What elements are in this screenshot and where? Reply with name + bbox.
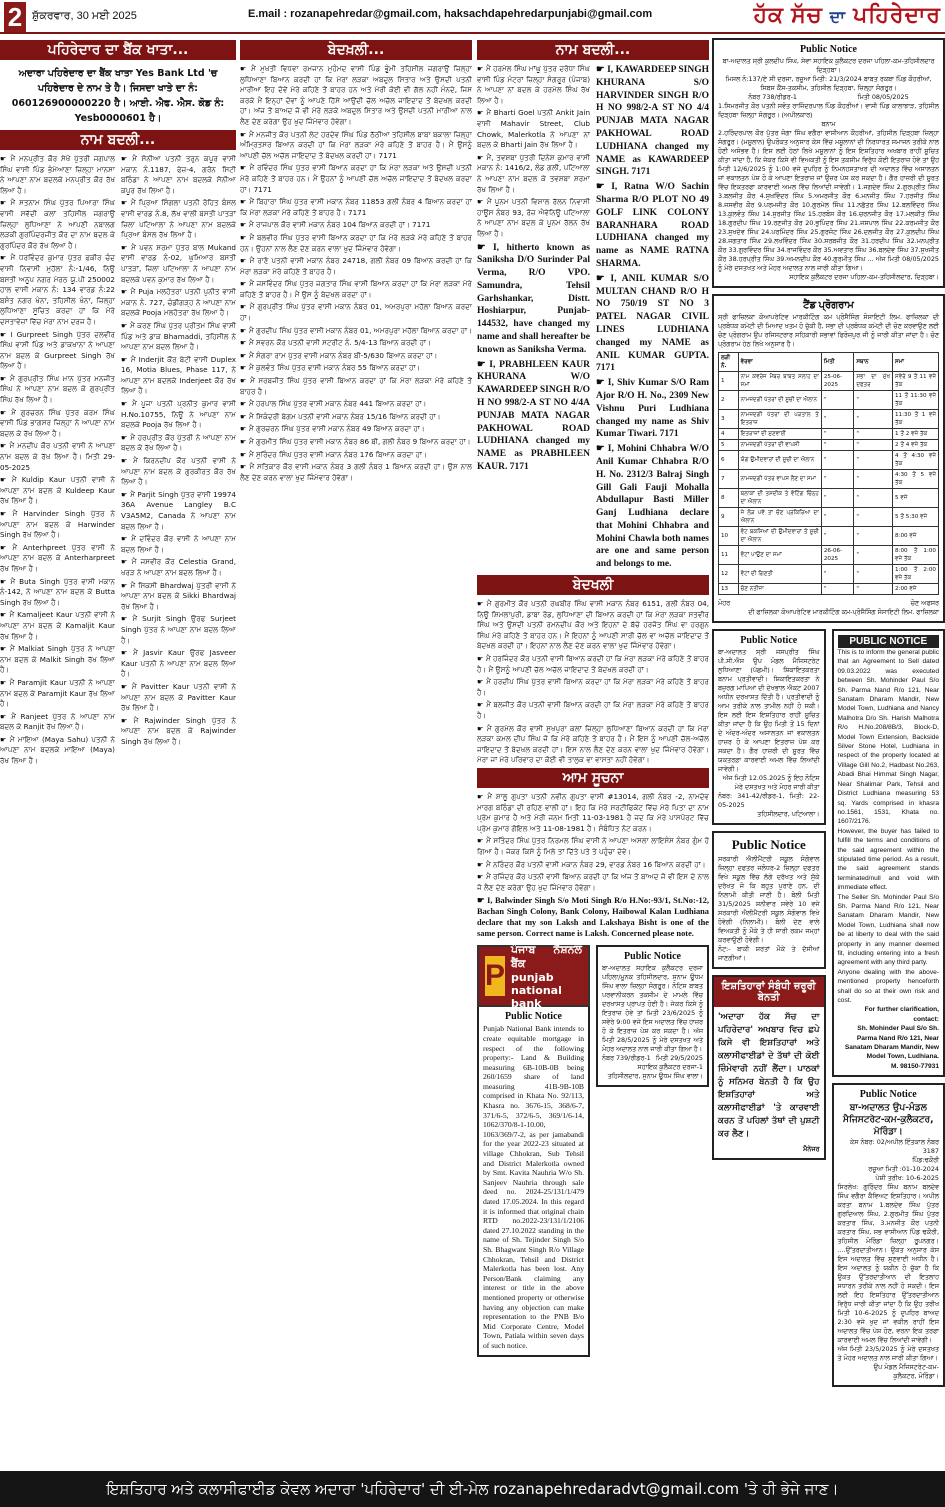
notice-ref-row: ਨੰਬਰ 738/ਰੀਡਰ-1 ਮਿਤੀ 08/05/2025 [718, 93, 939, 102]
list-item: ਮੈਂ ਕਰਣ ਸਿੰਘ ਪੁੱਤਰ ਪ੍ਰੀਤਮ ਸਿੰਘ ਵਾਸੀ ਪਿੰਡ… [121, 321, 236, 353]
advertisement-disclaimer: ਇਸ਼ਤਿਹਾਰਾਂ ਸੰਬੰਧੀ ਜ਼ਰੂਰੀ ਬੇਨਤੀ 'ਅਦਾਰਾ ਹੱ… [712, 975, 826, 1160]
list-item: ਮੈਂ ਹਰਜਿੰਦਰ ਕੌਰ ਪਤਨੀ ਵਾਸੀ ਬਿਆਨ ਕਰਦੀ ਹਾਂ … [477, 654, 709, 675]
notice-court: ਬਾ-ਅਦਾਲਤ ਸ੍ਰੀ ਕੁਲਦੀਪ ਸਿੰਘ, ਸੇਵਾ ਸਹਾਇਕ ਕੁ… [718, 57, 939, 75]
list-item: ਮੈਂ ਨਰਿੰਦਰ ਕੌਰ ਪਤਨੀ ਵਾਸੀ ਮਕਾਨ ਨੰਬਰ 29, ਵ… [477, 860, 709, 871]
table-row: 10ਵੋਟ ਬਕਸਿਆਂ ਦੀ ਉਮੀਦਵਾਰਾਂ ਤੋਂ ਸੂਚੀ ਦਾ ਐਲ… [719, 527, 939, 546]
list-item: ਮੈਂ ਬਿਹਾਰਾ ਸਿੰਘ ਪੁੱਤਰ ਵਾਸੀ ਮਕਾਨ ਨੰਬਰ 118… [240, 197, 472, 218]
pnb-notice: P ਪੰਜਾਬ ਨੈਸ਼ਨਲ ਬੈਂਕ punjab national bank… [477, 945, 590, 1362]
list-item: ਮੈਂ ਸੁਰਿੰਦਰ ਸਿੰਘ ਪੁੱਤਰ ਵਾਸੀ ਮਕਾਨ ਨੰਬਰ 17… [240, 450, 472, 461]
notice-note: ਨੋਟ:- ਬਾਕੀ ਸ਼ਰਤਾਂ ਮੌਕੇ ਤੇ ਦੱਸੀਆਂ ਜਾਣਗੀਆਂ… [718, 945, 820, 963]
pnb-banner: P ਪੰਜਾਬ ਨੈਸ਼ਨਲ ਬੈਂਕ punjab national bank [477, 945, 590, 1007]
list-item: ਮੈਂ ਸ਼ਾਲੂ ਗੁਪਤਾ ਪਤਨੀ ਨਵੀਨ ਗੁਪਤਾ ਵਾਸੀ #13… [477, 792, 709, 834]
logo-text-end: ਪਹਿਰੇਦਾਰ [853, 2, 941, 27]
list-item: ਮੈਂ ਹਰਪਾਲ ਸਿੰਘ ਪੁੱਤਰ ਵਾਸੀ ਮਕਾਨ ਨੰਬਰ 441 … [240, 399, 472, 410]
list-item: ਮੈਂ ਮੁਖਤੀ ਵਿਧਵਾ ਰਮਜਾਨ ਮੁਹੰਮਦ ਵਾਸੀ ਪਿੰਡ ਭ… [240, 64, 472, 128]
list-item: I, Mohini Chhabra W/O Anil Kumar Chhabra… [596, 443, 709, 571]
list-item: ਮੈਂ ਜਸਵਿੰਦਰ ਸਿੰਘ ਪੁੱਤਰ ਜਗਤਾਰ ਸਿੰਘ ਵਾਸੀ ਬ… [240, 279, 472, 300]
list-item: ਮੈਂ ਦਵਿੰਦਰ ਕੌਰ ਵਾਸੀ ਨੇ ਆਪਣਾ ਨਾਮ ਬਦਲ ਲਿਆ … [121, 534, 236, 555]
notice-date: ਮਿਤੀ 08/05/2025 [858, 93, 909, 102]
list-item: I, Balwinder Singh S/o Moti Singh R/o H.… [477, 895, 709, 939]
notice-text: ਸਿਰਲੇਖ: ਗੁਰਿੰਦਰ ਸਿੰਘ ਬਨਾਮ ਬਲਦੇਵ ਸਿੰਘ ਵਗੈ… [838, 1183, 940, 1345]
table-row: 2ਨਾਮਜ਼ਦਗੀ ਪੱਤਰਾਂ ਦੀ ਸੂਚੀ ਦਾ ਐਲਾਨ""11 ਤੋਂ… [719, 391, 939, 410]
notice-text: This is to inform the general public tha… [838, 648, 940, 827]
list-item: I, hitherto known as Saniksha D/O Surind… [477, 242, 590, 357]
auction-notice: Public Notice ਸਰਕਾਰੀ ਐਲੀਮੈਂਟਰੀ ਸਕੂਲ ਸੰਗੋ… [712, 831, 826, 969]
tehsildar-notice: Public Notice ਬਾ-ਅਦਾਲਤ ਸਹਾਇਕ ਕੁਲੈਕਟਰ ਦਰਜ… [596, 945, 709, 1362]
list-item: ਮੈਂ Inderjit ਕੌਰ ਬੇਟੀ ਵਾਸੀ Duplex 16, Mo… [121, 355, 236, 397]
notice-title: Public Notice [718, 837, 820, 853]
court-notice-dirba: Public Notice ਬਾ-ਅਦਾਲਤ ਸ੍ਰੀ ਕੁਲਦੀਪ ਸਿੰਘ,… [712, 38, 945, 288]
list-item: ਮੈਂ ਧਰਵਿੰਦਰ ਕੁਮਾਰ ਪੁੱਤਰ ਫਕੀਰ ਚੰਦ ਵਾਸੀ ਨਿ… [0, 253, 115, 327]
list-item: ਮੈਂ ਕੁਲਵੰਤ ਸਿੰਘ ਪੁੱਤਰ ਵਾਸੀ ਮਕਾਨ ਨੰਬਰ 55 … [240, 363, 472, 374]
schedule-footer: ਦੀ ਫਾਜ਼ਿਲਕਾ ਕੋਆਪਰੇਟਿਵ ਮਾਰਕੀਟਿੰਗ ਕਮ-ਪ੍ਰੋਸ… [718, 608, 939, 617]
notice-case: ਕੇਸ ਨੰਬਰ: 02/ਅਪੀਲ ਇੰਤਕਾਲ ਨੰਬਰ 3187 [838, 1138, 940, 1156]
list-item: ਮੈਂ Paramjit Kaur ਪਤਨੀ ਨੇ ਆਪਣਾ ਨਾਮ ਬਦਲ ਕ… [0, 678, 115, 710]
col4-lower: Public Notice ਬਾ-ਅਦਾਲਤ ਸ੍ਰੀ ਜਸਪ੍ਰੀਤ ਸਿੰਘ… [712, 629, 945, 1393]
list-item: ਮੈਂ ਹਰਪ੍ਰੀਤ ਕੌਰ ਪੁੱਤਰੀ ਨੇ ਆਪਣਾ ਨਾਮ ਬਦਲ ਕ… [121, 433, 236, 454]
eviction-heading-2: ਬੇਦਖਲੀ [477, 575, 709, 595]
notice-title: PUBLIC NOTICE [838, 635, 940, 648]
list-item: ਮੈਂ ਕਿਰਨਦੀਪ ਕੌਰ ਪਤਨੀ ਵਾਸੀ ਨੇ ਆਪਣਾ ਨਾਮ ਬਦ… [121, 456, 236, 488]
logo-text-da: ਦਾ [830, 9, 846, 26]
name-change-heading-2: ਨਾਮ ਬਦਲੀ... [477, 40, 709, 60]
disclaimer-heading: ਇਸ਼ਤਿਹਾਰਾਂ ਸੰਬੰਧੀ ਜ਼ਰੂਰੀ ਬੇਨਤੀ [714, 977, 824, 1007]
list-item: ਮੈਂ Bharti Goel ਪਤਨੀ Ankit Jain ਵਾਸੀ Mah… [477, 108, 590, 150]
list-item: ਮੈਂ ਮਨਦੀਪ ਕੌਰ ਪਤਨੀ ਵਾਸੀ ਨੇ ਆਪਣਾ ਨਾਮ ਬਦਲ … [0, 441, 115, 473]
list-item: ਮੈਂ ਗੁਰਚਰਨ ਸਿੰਘ ਪੁੱਤਰ ਕਰਮ ਸਿੰਘ ਵਾਸੀ ਪਿੰਡ… [0, 408, 115, 440]
name-change-right-2: I, KAWARDEEP SINGH KHURANA S/O HARVINDER… [596, 64, 709, 573]
name-change-left: ਮੈਂ ਮਨਪ੍ਰੀਤ ਕੌਰ ਸੇਖੋਂ ਪੁੱਤਰੀ ਜਗਪਾਲ ਸਿੰਘ … [0, 154, 115, 769]
list-item: ਮੈਂ ਗੁਰਮੀਤ ਸਿੰਘ ਪੁੱਤਰ ਵਾਸੀ ਮਕਾਨ ਨੰਬਰ 86 … [240, 437, 472, 448]
notice-text: ਸਰਕਾਰੀ ਐਲੀਮੈਂਟਰੀ ਸਕੂਲ ਸੰਗੋਵਾਲ ਜ਼ਿਲ੍ਹਾ ਦਫ… [718, 855, 820, 945]
list-item: ਮੈਂ Harvinder Singh ਪੁੱਤਰ ਨੇ ਆਪਣਾ ਨਾਮ ਬਦ… [0, 509, 115, 541]
list-item: ਮੈਂ ਗੁਰਪ੍ਰੀਤ ਸਿੰਘ ਮਾਨ ਪੁੱਤਰ ਮਨਜੀਤ ਸਿੰਘ ਨ… [0, 374, 115, 406]
notice-signature: ਉਪ ਮੰਡਲ ਮੈਜਿਸਟਰੇਟ-ਕਮ- [838, 1363, 940, 1372]
bank-account-text: ਅਦਾਰਾ ਪਹਿਰੇਦਾਰ ਦਾ ਬੈਂਕ ਖਾਤਾ Yes Bank Ltd… [0, 64, 236, 128]
schedule-table: ਲੜੀ ਨੰ. ਵੇਰਵਾ ਮਿਤੀ ਸਥਾਨ ਸਮਾਂ 1ਨਾਮ ਕਵਰੇਜ … [718, 352, 939, 595]
list-item: ਮੈਂ ਰਜਿੰਦਰ ਕੌਰ ਪਤਨੀ ਵਾਸੀ ਬਿਆਨ ਕਰਦੀ ਹਾਂ ਕ… [477, 872, 709, 893]
court-notice-morinda: Public Notice ਬਾ-ਅਦਾਲਤ ਉਪ-ਮੰਡਲ ਮੈਜਿਸਟਰੇਟ… [832, 1083, 945, 1387]
table-row: 5ਨਾਮਜ਼ਦਗੀ ਪੱਤਰਾਂ ਦੀ ਵਾਪਸੀ""2 ਤੋਂ 4 ਵਜੇ ਤ… [719, 440, 939, 451]
list-item: ਮੈਂ ਰਵਿੰਦਰ ਸਿੰਘ ਪੁੱਤਰ ਵਾਸੀ ਬਿਆਨ ਕਰਦਾ ਹਾਂ… [240, 163, 472, 195]
table-row: 9ਜੇ ਲੋੜ ਪਵੇ ਤਾਂ ਚੋਣ ਪ੍ਰਕਿਰਿਆ ਦਾ ਐਲਾਨ""5 … [719, 508, 939, 527]
notice-court: ਬਾ-ਅਦਾਲਤ ਉਪ-ਮੰਡਲ ਮੈਜਿਸਟਰੇਟ-ਕਮ-ਕੁਲੈਕਟਰ, ਮ… [838, 1102, 940, 1138]
list-item: ਮੈਂ ਸਤਿੰਦਰ ਸਿੰਘ ਪੁੱਤਰ ਨਿਰਮਲ ਸਿੰਘ ਵਾਸੀ ਨੇ… [477, 836, 709, 857]
schedule-title: ਟੈਂਡ ਪ੍ਰੋਗਰਾਮ [718, 300, 939, 311]
list-item: ਮੈਂ ਸਿਕੰਦਰੀ ਬੇਗਮ ਪਤਨੀ ਵਾਸੀ ਮਕਾਨ ਨੰਬਰ 15/… [240, 412, 472, 423]
court-notice-patiala: Public Notice ਬਾ-ਅਦਾਲਤ ਸ੍ਰੀ ਜਸਪ੍ਰੀਤ ਸਿੰਘ… [712, 629, 826, 825]
list-item: I Gurpreet Singh ਪੁੱਤਰ ਦਲਵੀਰ ਸਿੰਘ ਵਾਸੀ ਪ… [0, 330, 115, 372]
list-item: ਮੈਂ Kuldip Kaur ਪਤਨੀ ਵਾਸੀ ਨੇ ਆਪਣਾ ਨਾਮ ਬਦ… [0, 475, 115, 507]
contact-address: Sh. Mohinder Paul S/o Sh. Parma Nand R/o… [838, 1024, 940, 1062]
notice-title: Public Notice [718, 44, 939, 55]
list-item: ਮੈਂ ਹਰਦੀਪ ਸਿੰਘ ਪੁੱਤਰ ਵਾਸੀ ਬਿਆਨ ਕਰਦਾ ਹਾਂ … [477, 677, 709, 698]
name-change-left-2: ਮੈਂ ਹਰਮੇਲ ਸਿੰਘ ਮਾਂਘੂ ਪੁੱਤਰ ਦਰੋਧਾ ਸਿੰਘ ਵਾ… [477, 64, 590, 573]
list-item: ਮੈਂ ਸੋਨੀਆ ਪਤਨੀ ਤਰੁਨ ਕਪੂਰ ਵਾਸੀ ਮਕਾਨ ਨੰ.11… [121, 154, 236, 196]
tehsildar-notice-box: Public Notice ਬਾ-ਅਦਾਲਤ ਸਹਾਇਕ ਕੁਲੈਕਟਰ ਦਰਜ… [596, 945, 709, 1087]
name-change-columns: ਮੈਂ ਮਨਪ੍ਰੀਤ ਕੌਰ ਸੇਖੋਂ ਪੁੱਤਰੀ ਜਗਪਾਲ ਸਿੰਘ … [0, 154, 236, 769]
notice-date: ਰਜੂਆ ਮਿਤੀ :01-10-2024 [838, 1165, 940, 1174]
list-item: ਮੈਂ Anterhpreet ਪੁੱਤਰ ਵਾਸੀ ਨੇ ਆਪਣਾ ਨਾਮ ਬ… [0, 543, 115, 575]
list-item: ਮੈਂ Malkiat Singh ਪੁੱਤਰ ਨੇ ਆਪਣਾ ਨਾਮ ਬਦਲ … [0, 644, 115, 676]
col4-lower-left: Public Notice ਬਾ-ਅਦਾਲਤ ਸ੍ਰੀ ਜਸਪ੍ਰੀਤ ਸਿੰਘ… [712, 629, 826, 1393]
list-item: ਮੈਂ ਗੁਰਚਰਨ ਸਿੰਘ ਪੁੱਤਰ ਵਾਸੀ ਮਕਾਨ ਨੰਬਰ 49 … [240, 424, 472, 435]
list-item: ਮੈਂ ਮਨਪ੍ਰੀਤ ਕੌਰ ਸੇਖੋਂ ਪੁੱਤਰੀ ਜਗਪਾਲ ਸਿੰਘ … [0, 154, 115, 196]
list-item: ਮੈਂ ਸਿਕਸੀ Bhardwaj ਪੁੱਤਰੀ ਵਾਸੀ ਨੇ ਆਪਣਾ ਨ… [121, 581, 236, 613]
notice-title: Public Notice [718, 635, 820, 646]
list-item: ਮੈਂ Pavitter Kaur ਪਤਨੀ ਵਾਸੀ ਨੇ ਆਪਣਾ ਨਾਮ … [121, 682, 236, 714]
notice-signature: ਤਹਿਸੀਲਦਾਰ, ਪਟਿਆਲਾ। [718, 810, 820, 819]
notice-party: 1.ਸਿਮਰਜੀਤ ਕੌਰ ਪਤਨੀ ਸਵੰਤ ਰਾਜਿੰਦਰਪਾਲ ਪਿੰਡ … [718, 102, 939, 120]
notice-signature: ਸਹਾਇਕ ਕੁਲੈਕਟਰ ਦਰਜਾ-1 [602, 1063, 703, 1072]
list-item: ਮੈਂ Jasvir Kaur ਉਰਫ Jasveer Kaur ਪਤਨੀ ਨੇ… [121, 648, 236, 680]
table-row: 7ਨਾਮਜ਼ਦਗੀ ਪੱਤਰ ਵਾਪਸ ਲੈਣ ਦਾ ਸਮਾਂ""4:30 ਤੋ… [719, 470, 939, 489]
column-3: ਨਾਮ ਬਦਲੀ... ਮੈਂ ਹਰਮੇਲ ਸਿੰਘ ਮਾਂਘੂ ਪੁੱਤਰ ਦ… [477, 38, 709, 1456]
list-item: ਮੈਂ ਪਵਨ ਸ਼ਰਮਾ ਪੁੱਤਰ ਬਾਲ Mukand ਵਾਸੀ ਵਾਰਡ… [121, 243, 236, 285]
eviction-heading: ਬੇਦਖ਼ਲੀ... [240, 40, 472, 60]
notice-text: However, the buyer has failed to fulfill… [838, 827, 940, 893]
list-item: I, KAWARDEEP SINGH KHURANA S/O HARVINDER… [596, 64, 709, 179]
list-item: ਮੈਂ ਬਲਵੀਰ ਸਿੰਘ ਪੁੱਤਰ ਵਾਸੀ ਬਿਆਨ ਕਰਦਾ ਹਾਂ … [240, 233, 472, 254]
list-item: ਮੈਂ ਗੁਰਦੀਪ ਸਿੰਘ ਪੁੱਤਰ ਵਾਸੀ ਮਕਾਨ ਨੰਬਰ 01,… [240, 326, 472, 337]
notice-text: Anyone dealing with the above-mentioned … [838, 968, 940, 1006]
notice-signature: ਸਹਾਇਕ ਕੁਲੈਕਟਰ ਦਰਜਾ ਪਹਿਲਾ-ਕਮ-ਤਹਿਸੀਲਦਾਰ, ਦ… [718, 273, 939, 282]
pnb-notice-title: Public Notice [483, 1011, 584, 1022]
bottom-notices: P ਪੰਜਾਬ ਨੈਸ਼ਨਲ ਬੈਂਕ punjab national bank… [477, 945, 709, 1362]
contact-label: For further clarification, contact: [838, 1005, 940, 1024]
list-item: ਮੈਂ ਸਰਬਜੀਤ ਸਿੰਘ ਪੁੱਤਰ ਵਾਸੀ ਬਿਆਨ ਕਰਦਾ ਹਾਂ… [240, 376, 472, 397]
notice-date: ਮਿਤੀ 29/5/2025 [656, 1054, 703, 1063]
bank-account-heading: ਪਹਿਰੇਦਾਰ ਦਾ ਬੈਂਕ ਖਾਤਾ... [0, 40, 236, 60]
notice-title: Public Notice [602, 951, 703, 962]
agreement-termination-notice: PUBLIC NOTICE This is to inform the gene… [832, 629, 945, 1077]
list-item: ਮੈਂ ਰਾਣੋ ਪਤਨੀ ਵਾਸੀ ਮਕਾਨ ਨੰਬਰ 24718, ਗਲੀ … [240, 256, 472, 277]
notice-text: 2.ਹਰਿੰਦਰਪਾਲ ਕੌਰ ਪੁੱਤਰ ਜੋਗਾ ਸਿੰਘ ਵਗੈਰਾ ਵਾ… [718, 129, 939, 273]
name-change-columns-2: ਮੈਂ ਹਰਮੇਲ ਸਿੰਘ ਮਾਂਘੂ ਪੁੱਤਰ ਦਰੋਧਾ ਸਿੰਘ ਵਾ… [477, 64, 709, 573]
list-item: ਮੈਂ ਪ੍ਰਿਆ ਸਿੰਗਲਾ ਪਤਨੀ ਰੋਹਿਤ ਬੰਸਲ ਵਾਸੀ ਵਾ… [121, 198, 236, 240]
list-item: ਮੈਂ ਮਨਜੀਤ ਕੌਰ ਪਤਨੀ ਲੇਟ ਹਰਦੇਵ ਸਿੰਘ ਪਿੰਡ ਠ… [240, 130, 472, 162]
list-item: ਮੈਂ ਗੁਰਪ੍ਰੀਤ ਸਿੰਘ ਪੁੱਤਰ ਵਾਸੀ ਮਕਾਨ ਨੰਬਰ 0… [240, 302, 472, 323]
notice-issued: ਅੱਜ ਮਿਤੀ 23/5/2025 ਨੂੰ ਮੇਰੇ ਦਸਤਖਤ ਤੇ ਮੋਹ… [838, 1345, 940, 1363]
newspaper-logo: ਹੱਕ ਸੱਚ ਦਾ ਪਹਿਰੇਦਾਰ [754, 2, 941, 28]
election-schedule: ਟੈਂਡ ਪ੍ਰੋਗਰਾਮ ਸ੍ਰੀ ਫਾਜ਼ਿਲਕਾ ਕੋਆਪਰੇਟਿਵ ਮਾ… [712, 294, 945, 623]
notice-village: ਪਿੰਡ:ਢਕੌਰੀ [838, 1156, 940, 1165]
notice-ref: ਨੰਬਰ 738/ਰੀਡਰ-1 [748, 93, 797, 102]
contact-phone: M. 98150-77931 [838, 1062, 940, 1071]
pnb-name: ਪੰਜਾਬ ਨੈਸ਼ਨਲ ਬੈਂਕ punjab national bank [511, 943, 582, 1010]
list-item: ਮੈਂ ਪੂਨਮ ਪਤਨੀ ਵਿਸ਼ਾਲ ਰੱਲਨ ਨਿਵਾਸੀ ਹਾਊਸ ਨੰ… [477, 197, 590, 239]
list-item: ਮੈਂ Surjit Singh ਉਰਫ Surjeet Singh ਪੁੱਤਰ… [121, 614, 236, 646]
disclaimer-signature: ਮੈਨੇਜਰ [714, 1145, 824, 1158]
list-item: I, PRABHLEEN KAUR KHURANA W/O KAWARDEEP … [477, 359, 590, 474]
list-item: ਮੈਂ Buta Singh ਪੁੱਤਰ ਵਾਸੀ ਮਕਾਨ ਨੰ-142, ਨ… [0, 577, 115, 609]
notice-title: Public Notice [838, 1089, 940, 1100]
table-row: 13ਚੋਣ ਨਤੀਜਾ""2:00 ਵਜੇ [719, 584, 939, 595]
notice-text: ਬਾ-ਅਦਾਲਤ ਸਹਾਇਕ ਕੁਲੈਕਟਰ ਦਰਜਾ ਪਹਿਲਾ/ਮੂਨਕ ਤ… [602, 964, 703, 1054]
notice-ref: ਨੰਬਰ: 341-42/ਰੀਡਰ-1, ਮਿਤੀ: 22-05-2025 [718, 792, 820, 810]
notice-signature: ਕੁਲੈਕਟਰ, ਮੋਰਿੰਡਾ। [838, 1372, 940, 1381]
issue-date: ਸ਼ੁੱਕਰਵਾਰ, 30 ਮਈ 2025 [32, 10, 137, 23]
pnb-name-pa: ਪੰਜਾਬ ਨੈਸ਼ਨਲ ਬੈਂਕ [511, 943, 582, 971]
table-row: 12ਵੋਟਾਂ ਦੀ ਗਿਣਤੀ""1:00 ਤੋਂ 2:00 ਵਜੇ ਤੱਕ [719, 565, 939, 584]
notice-versus: ਬਨਾਮ [718, 120, 939, 129]
notice-text: ਬਾ-ਅਦਾਲਤ ਸ੍ਰੀ ਜਸਪ੍ਰੀਤ ਸਿੰਘ ਪੀ.ਸੀ.ਐਸ ਉਪ ਮ… [718, 648, 820, 774]
list-item: ਮੈਂ ਸਤਿਕਾਰ ਕੌਰ ਵਾਸੀ ਮਕਾਨ ਨੰਬਰ 3 ਗਲੀ ਨੰਬਰ… [240, 462, 472, 483]
table-row: 1ਨਾਮ ਕਵਰੇਜ ਮੈਂਬਰ ਬਾਬਤ ਸਲਾਹ ਦਾ ਸਮਾਂ25-06-… [719, 372, 939, 391]
list-item: I, ANIL KUMAR S/O MULTAN CHAND R/O H NO … [596, 273, 709, 375]
list-item: ਮੈਂ Parjit Singh ਪੁੱਤਰ ਵਾਸੀ 19974 36A Av… [121, 490, 236, 532]
list-item: I, Shiv Kumar S/O Ram Ajor R/O H. No., 2… [596, 377, 709, 441]
col4-lower-right: PUBLIC NOTICE This is to inform the gene… [832, 629, 945, 1393]
table-row: 3ਨਾਮਜ਼ਦਗੀ ਪੱਤਰਾਂ ਦੀ ਪੜਤਾਲ ਤੇ ਇਤਰਾਜ਼""11:… [719, 410, 939, 429]
notice-date: ਪੇਸ਼ੀ ਤਰੀਖ: 10-6-2025 [838, 1174, 940, 1183]
column-4: Public Notice ਬਾ-ਅਦਾਲਤ ਸ੍ਰੀ ਕੁਲਦੀਪ ਸਿੰਘ,… [712, 38, 945, 1456]
list-item: ਮੈਂ ਰਾਜਪਾਲ ਕੌਰ ਵਾਸੀ ਮਕਾਨ ਨੰਬਰ 104 ਬਿਆਨ ਕ… [240, 220, 472, 231]
list-item: ਮੈਂ ਪੂਜਾ ਪਤਨੀ ਪ੍ਰਨੀਤ ਕੁਮਾਰ ਵਾਸੀ H.No.107… [121, 399, 236, 431]
list-item: ਮੈਂ Rajwinder Singh ਪੁੱਤਰ ਨੇ ਆਪਣਾ ਨਾਮ ਬਦ… [121, 716, 236, 748]
contact-email: E.mail : rozanapehredar@gmail.com, haksa… [248, 8, 652, 20]
logo-text-main: ਹੱਕ ਸੱਚ [754, 2, 823, 27]
list-item: ਮੈਂ ਬਲਜੀਤ ਕੌਰ ਪਤਨੀ ਵਾਸੀ ਬਿਆਨ ਕਰਦੀ ਹਾਂ ਕਿ… [477, 700, 709, 721]
schedule-officer: ਚੋਣ ਅਫਸਰ [911, 599, 939, 608]
notice-ref-row: ਨੰਬਰ 739/ਰੀਡਰ-1 ਮਿਤੀ 29/5/2025 [602, 1054, 703, 1063]
list-item: ਮੈਂ Kamaljeet Kaur ਪਤਨੀ ਵਾਸੀ ਨੇ ਆਪਣਾ ਨਾਮ… [0, 610, 115, 642]
schedule-sign-row: ਮੋਹਰ ਚੋਣ ਅਫਸਰ [718, 599, 939, 608]
list-item: ਮੈਂ ਗੁਰਮੇਲ ਕੌਰ ਵਾਸੀ ਸੁਖਪੁਰਾ ਕਲਾਂ ਜ਼ਿਲ੍ਹਾ… [477, 724, 709, 766]
table-row: 4ਇਤਰਾਜ਼ਾਂ ਦੀ ਸੁਣਵਾਈ""1 ਤੋਂ 2 ਵਜੇ ਤੱਕ [719, 429, 939, 440]
notice-case: ਮਿਸਲ ਨੰ:137/ਏ ਸੀ ਦਰਜਾ, ਰਜੂਆ ਮਿਤੀ: 21/3/2… [718, 75, 939, 93]
list-item: ਮੈਂ ਸਤਨਾਮ ਸਿੰਘ ਪੁੱਤਰ ਪਿਆਰਾ ਸਿੰਘ ਵਾਸੀ ਸਵੱ… [0, 198, 115, 251]
column-2: ਬੇਦਖ਼ਲੀ... ਮੈਂ ਮੁਖਤੀ ਵਿਧਵਾ ਰਮਜਾਨ ਮੁਹੰਮਦ … [240, 38, 472, 1456]
name-change-heading: ਨਾਮ ਬਦਲੀ... [0, 130, 236, 150]
list-item: ਮੈਂ ਗੁਰਮੀਤ ਕੌਰ ਪਤਨੀ ਰਘਬੀਰ ਸਿੰਘ ਵਾਸੀ ਮਕਾਨ… [477, 599, 709, 652]
list-item: I, Ratna W/O Sachin Sharma R/O PLOT NO 4… [596, 181, 709, 271]
footer-banner: ਇਸ਼ਤਿਹਾਰ ਅਤੇ ਕਲਾਸੀਫਾਈਡ ਕੇਵਲ ਅਦਾਰਾ 'ਪਹਿਰੇ… [0, 1471, 945, 1507]
schedule-intro: ਸ੍ਰੀ ਫਾਜ਼ਿਲਕਾ ਕੋਆਪਰੇਟਿਵ ਮਾਰਕੀਟਿੰਗ ਕਮ ਪ੍ਰ… [718, 313, 939, 349]
general-notice-heading: ਆਮ ਸੂਚਨਾ [477, 768, 709, 788]
name-change-right: ਮੈਂ ਸੋਨੀਆ ਪਤਨੀ ਤਰੁਨ ਕਪੂਰ ਵਾਸੀ ਮਕਾਨ ਨੰ.11… [121, 154, 236, 769]
pnb-logo-icon: P [485, 956, 505, 996]
list-item: ਮੈਂ ਸੰਗਰਾ ਰਾਮ ਪੁੱਤਰ ਵਾਸੀ ਮਕਾਨ ਨੰਬਰ ਬੀ-5/… [240, 351, 472, 362]
notice-signature: ਤਹਿਸੀਲਦਾਰ, ਸੁਨਾਮ ਊਧਮ ਸਿੰਘ ਵਾਲਾ। [602, 1072, 703, 1081]
notice-text: The Seller Sh. Mohinder Paul S/o Sh. Par… [838, 893, 940, 968]
table-header-row: ਲੜੀ ਨੰ. ਵੇਰਵਾ ਮਿਤੀ ਸਥਾਨ ਸਮਾਂ [719, 353, 939, 372]
list-item: ਮੈਂ ਮਾਇਆ (Maya Sahu) ਪਤਨੀ ਨੇ ਆਪਣਾ ਨਾਮ ਬਦ… [0, 735, 115, 767]
table-row: 6ਯੋਗ ਉਮੀਦਵਾਰਾਂ ਦੀ ਸੂਚੀ ਦਾ ਐਲਾਨ""4 ਤੋਂ 4:… [719, 451, 939, 470]
list-item: ਮੈਂ, ਤਵਸ਼ਬਾ ਪੁੱਤਰੀ ਦਿਨੇਸ਼ ਕੁਮਾਰ ਵਾਸੀ ਮਕਾ… [477, 153, 590, 195]
masthead: 2 ਸ਼ੁੱਕਰਵਾਰ, 30 ਮਈ 2025 E.mail : rozanap… [0, 0, 945, 34]
notice-ref: ਨੰਬਰ 739/ਰੀਡਰ-1 [602, 1054, 651, 1063]
disclaimer-text: 'ਅਦਾਰਾ ਹੱਕ ਸੱਚ ਦਾ ਪਹਿਰੇਦਾਰ' ਅਖਬਾਰ ਵਿਚ ਛਪ… [714, 1007, 824, 1145]
column-1: ਪਹਿਰੇਦਾਰ ਦਾ ਬੈਂਕ ਖਾਤਾ... ਅਦਾਰਾ ਪਹਿਰੇਦਾਰ … [0, 38, 236, 1456]
list-item: ਮੈਂ ਹਰਮੇਲ ਸਿੰਘ ਮਾਂਘੂ ਪੁੱਤਰ ਦਰੋਧਾ ਸਿੰਘ ਵਾ… [477, 64, 590, 106]
schedule-seal: ਮੋਹਰ [718, 599, 730, 608]
pnb-name-en: punjab national bank [511, 971, 582, 1010]
list-item: ਮੈਂ Ranjeet ਪੁੱਤਰ ਨੇ ਆਪਣਾ ਨਾਮ ਬਦਲ ਕੇ Ran… [0, 712, 115, 733]
table-row: 11ਵੋਟਾਂ ਪਾਉਣ ਦਾ ਸਮਾਂ26-06-2025"8:00 ਤੋਂ … [719, 546, 939, 565]
table-row: 8ਬਲਾਕਾਂ ਦੀ ਤਸਦੀਕ ਤੇ ਵੋਟਿੰਗ ਚਿੰਨ੍ਹ ਦਾ ਐਲਾ… [719, 489, 939, 508]
list-item: ਮੈਂ ਜਸਵੀਰ ਕੌਰ Celestia Grand, ਖਰੜ ਨੇ ਆਪਣ… [121, 557, 236, 578]
notice-issued: ਅੱਜ ਮਿਤੀ 12.05.2025 ਨੂੰ ਇਹ ਨੋਟਿਸ ਮੇਰੇ ਦਸ… [718, 774, 820, 792]
pnb-notice-text: Punjab National Bank intends to create e… [483, 1024, 584, 1350]
list-item: ਮੈਂ ਸਵਰਨ ਕੌਰ ਪਤਨੀ ਵਾਸੀ ਸਟਰੀਟ ਨੰ. 5/4-13 … [240, 338, 472, 349]
list-item: ਮੈਂ Puja ਮਲਹੋਤਰਾ ਪਤਨੀ ਪੁਨੀਤ ਵਾਸੀ ਮਕਾਨ ਨੰ… [121, 287, 236, 319]
page-number: 2 [4, 2, 26, 32]
pnb-notice-body: Public Notice Punjab National Bank inten… [477, 1007, 590, 1356]
